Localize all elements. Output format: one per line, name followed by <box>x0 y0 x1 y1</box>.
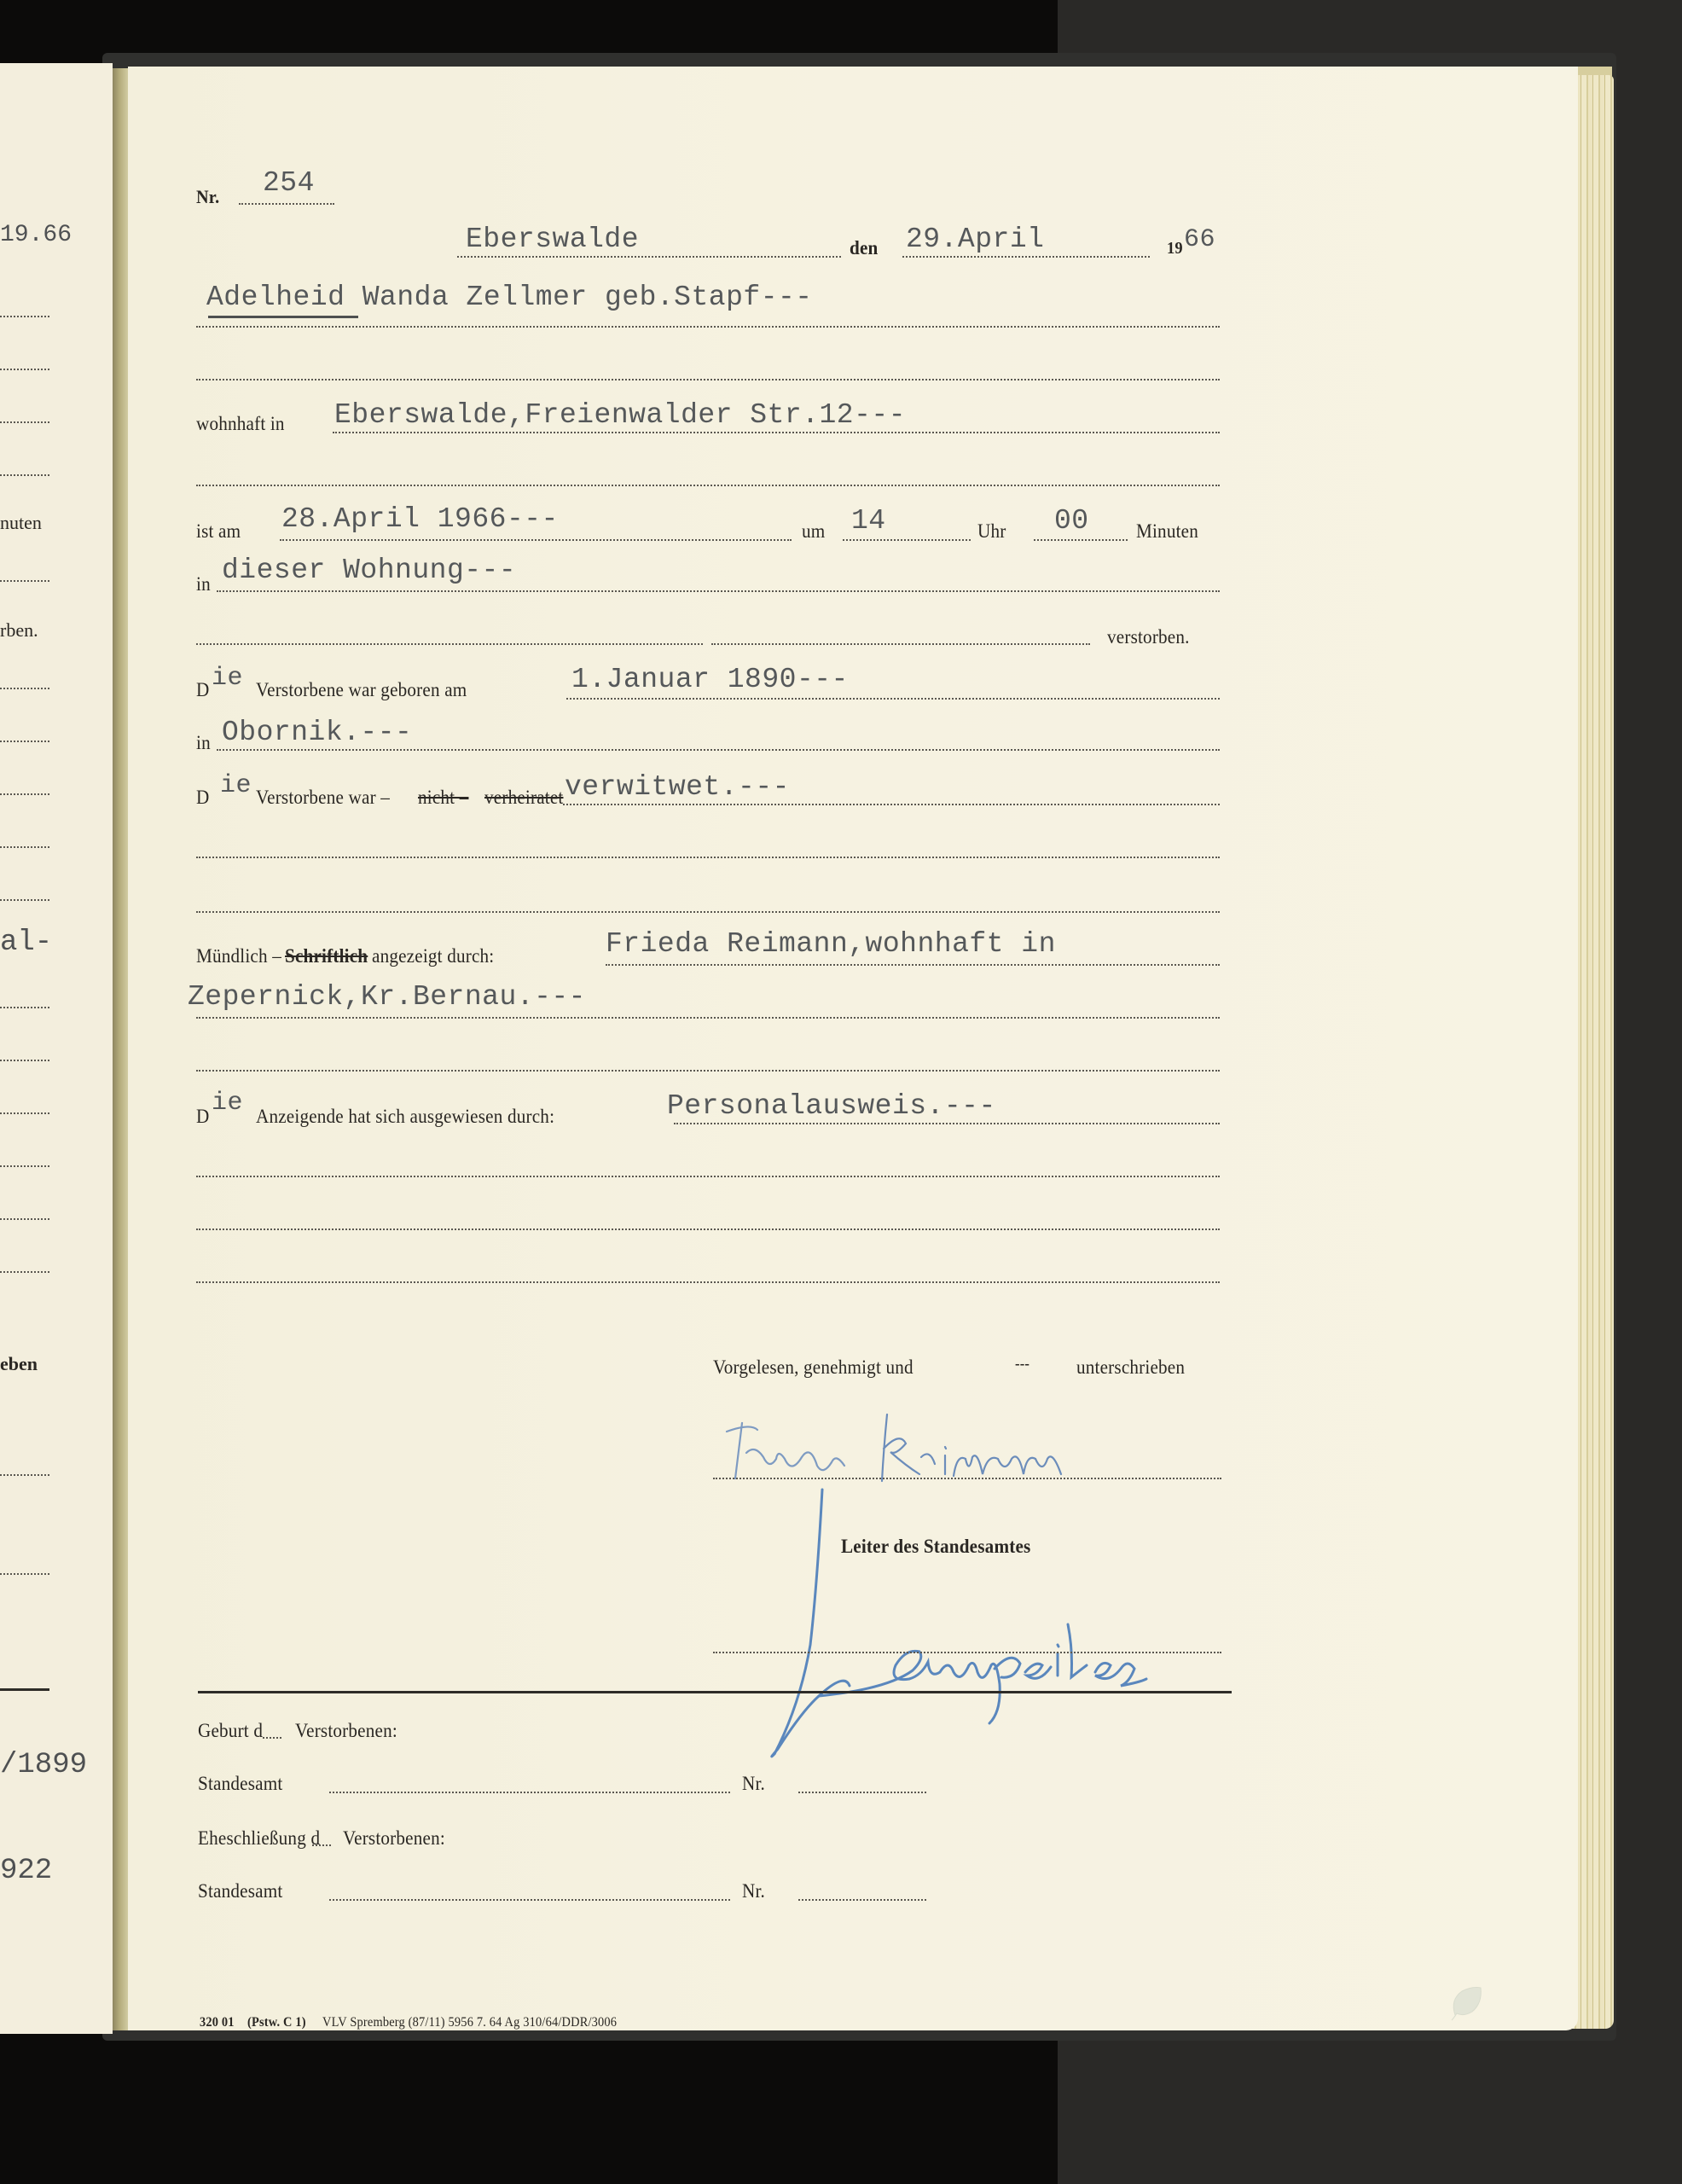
left-dotted-line <box>0 1007 49 1008</box>
entry-number-line <box>239 203 334 205</box>
year-prefix: 19 <box>1167 239 1183 258</box>
registry-office-label-2: Standesamt <box>198 1880 282 1902</box>
place-line <box>457 256 841 258</box>
footer-printer: VLV Spremberg (87/11) 5956 7. 64 Ag 310/… <box>322 2015 617 2030</box>
entry-number: 254 <box>263 167 315 199</box>
left-dotted-line <box>0 1165 49 1167</box>
book-gutter <box>113 68 130 2030</box>
id-document: Personalausweis.--- <box>667 1090 996 1122</box>
birth-ref-gender-line <box>263 1737 281 1739</box>
registrar-signature-line <box>713 1652 1221 1653</box>
hour-line <box>843 539 971 541</box>
left-dotted-line <box>0 846 49 848</box>
id-article-prefix: D <box>196 1106 209 1128</box>
date: 29.April <box>906 224 1044 255</box>
left-dotted-line <box>0 1060 49 1061</box>
hour: 14 <box>851 505 886 537</box>
marriage-ref-gender-line <box>312 1844 331 1846</box>
id-line-4 <box>196 1281 1220 1283</box>
left-birth-year: /1899 <box>0 1749 87 1781</box>
birth-article-prefix: D <box>196 679 209 701</box>
section-rule <box>198 1691 1232 1693</box>
informant-label-oral: Mündlich – <box>196 945 281 967</box>
deceased-name: Adelheid Wanda Zellmer geb.Stapf--- <box>206 282 813 313</box>
death-place-line-2b <box>711 643 1090 645</box>
nr-line-2 <box>798 1899 926 1901</box>
residence-line <box>333 432 1220 433</box>
death-date-line <box>280 539 792 541</box>
left-marriage-year: 922 <box>0 1855 52 1887</box>
leaf-watermark-icon <box>1447 1983 1486 2022</box>
date-label: den <box>850 237 878 259</box>
registry-office-label: Standesamt <box>198 1773 282 1795</box>
residence: Eberswalde,Freienwalder Str.12--- <box>334 399 906 431</box>
informant-label-written-struck: Schriftlich <box>285 945 368 967</box>
minute-unit: Minuten <box>1136 520 1198 543</box>
left-verstorben: rben. <box>0 619 38 642</box>
left-dotted-line <box>0 741 49 742</box>
left-dotted-line <box>0 1271 49 1273</box>
left-year: 19.66 <box>0 222 72 248</box>
left-dotted-line <box>0 580 49 582</box>
id-label: Anzeigende hat sich ausgewiesen durch: <box>256 1106 554 1128</box>
residence-label: wohnhaft in <box>196 413 285 435</box>
marital-article-prefix: D <box>196 787 209 809</box>
marital-label: Verstorbene war – <box>256 787 390 809</box>
left-rule <box>0 1688 49 1691</box>
informant-line <box>606 964 1220 966</box>
registry-office-line-2 <box>329 1899 730 1901</box>
birth-ref-label-2: Verstorbenen: <box>295 1720 397 1742</box>
birth-article-suffix: ie <box>212 664 243 693</box>
year-suffix: 66 <box>1184 225 1215 254</box>
nr-label-2: Nr. <box>742 1880 765 1902</box>
informant-line-3 <box>196 1070 1220 1072</box>
left-dotted-line <box>0 688 49 689</box>
informant-line2: Zepernick,Kr.Bernau.--- <box>188 981 586 1013</box>
birth-date: 1.Januar 1890--- <box>571 664 849 695</box>
death-date: 28.April 1966--- <box>281 503 559 535</box>
minute: 00 <box>1054 505 1089 537</box>
footer-code: 320 01 <box>200 2015 235 2030</box>
death-place-line <box>217 590 1220 592</box>
birth-label: Verstorbene war geboren am <box>256 679 467 701</box>
register-page: Nr. 254 Eberswalde den 29.April 19 66 Ad… <box>128 67 1578 2030</box>
left-dotted-line <box>0 1573 49 1575</box>
death-place-line-2a <box>196 643 703 645</box>
name-line <box>196 326 1220 328</box>
informant-label-rest: angezeigt durch: <box>372 945 494 967</box>
name-line-2 <box>196 379 1220 380</box>
minute-line <box>1034 539 1128 541</box>
marital-struck-nicht: nicht – <box>418 787 468 809</box>
marital-line <box>563 804 1220 805</box>
place: Eberswalde <box>466 224 639 255</box>
marital-status: verwitwet.--- <box>565 771 790 803</box>
hour-unit: Uhr <box>977 520 1006 543</box>
left-dotted-line <box>0 421 49 423</box>
date-line <box>902 256 1150 258</box>
informant-line1: Frieda Reimann,wohnhaft in <box>606 928 1056 960</box>
birth-place-line <box>217 749 1220 751</box>
left-name-fragment: al- <box>0 926 52 959</box>
footer-form: (Pstw. C 1) <box>247 2015 306 2030</box>
informant-signature-line <box>713 1478 1221 1479</box>
left-dotted-line <box>0 793 49 795</box>
left-dotted-line <box>0 474 49 476</box>
death-place-label: in <box>196 573 211 595</box>
marital-struck-verheiratet: verheiratet <box>484 787 563 809</box>
birth-place: Obornik.--- <box>222 717 412 748</box>
hour-label: um <box>802 520 825 543</box>
marital-article-suffix: ie <box>220 771 252 800</box>
left-unterschrieben: eben <box>0 1353 38 1375</box>
died-label: verstorben. <box>1107 626 1190 648</box>
marital-line-2 <box>196 857 1220 858</box>
registrar-signature <box>716 1483 1194 1764</box>
left-dotted-line <box>0 1474 49 1476</box>
nr-label: Nr. <box>742 1773 765 1795</box>
left-minuten: nuten <box>0 512 42 534</box>
nr-line <box>798 1792 926 1793</box>
marriage-ref-label-2: Verstorbenen: <box>343 1827 445 1850</box>
id-article-suffix: ie <box>212 1089 243 1118</box>
death-date-label: ist am <box>196 520 241 543</box>
id-line-2 <box>196 1176 1220 1177</box>
left-dotted-line <box>0 369 49 370</box>
birth-ref-label: Geburt d <box>198 1720 263 1742</box>
id-line <box>674 1123 1220 1124</box>
approval-fill: --- <box>1015 1355 1029 1373</box>
entry-number-label: Nr. <box>196 186 219 208</box>
informant-line-2 <box>196 1017 1220 1019</box>
left-dotted-line <box>0 1112 49 1114</box>
birth-date-line <box>566 698 1220 700</box>
blank-line <box>196 911 1220 913</box>
marriage-ref-label: Eheschließung d <box>198 1827 320 1850</box>
left-dotted-line <box>0 1218 49 1220</box>
approval-label-1: Vorgelesen, genehmigt und <box>713 1356 913 1379</box>
id-line-3 <box>196 1228 1220 1230</box>
approval-label-2: unterschrieben <box>1076 1356 1185 1379</box>
left-dotted-line <box>0 316 49 317</box>
left-dotted-line <box>0 899 49 901</box>
birth-place-label: in <box>196 732 211 754</box>
left-page: 19.66 nuten rben. al- eben /1899 922 <box>0 63 113 2034</box>
name-underline <box>208 316 358 318</box>
residence-line-2 <box>196 485 1220 486</box>
death-place: dieser Wohnung--- <box>222 555 516 586</box>
registry-office-line <box>329 1792 730 1793</box>
